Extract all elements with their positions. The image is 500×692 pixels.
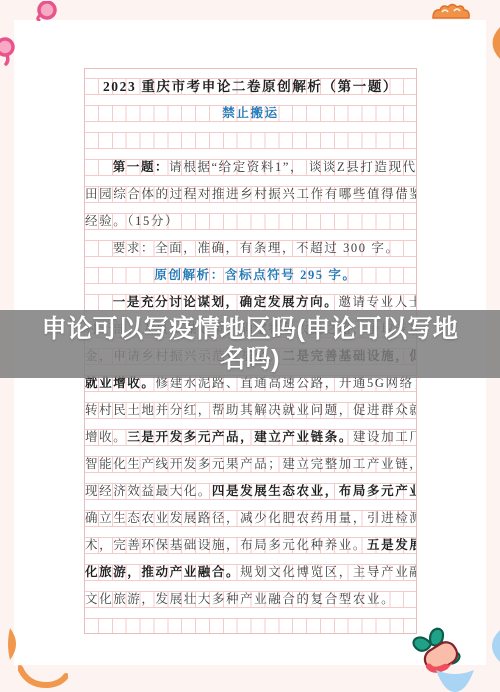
paper-line: 智能化生产线开发多元果产品；建立完整加工产业链，实 — [85, 456, 416, 473]
paper-line: 经验。（15分） — [85, 213, 416, 230]
orange-smile-icon — [18, 664, 68, 690]
paper-text-segment: 确立生态农业发展路径，减少化肥农药用量，引进检测技 — [85, 511, 417, 525]
paper-text-segment: 化旅游，推动产业融合。 — [85, 565, 240, 579]
paper-line: 文化旅游，发展壮大多种产业融合的复合型农业。 — [85, 591, 416, 608]
paper-text-segment: 请根据“给定资料1”， 谈谈Z县打造现代 — [169, 160, 417, 174]
paper-line: 2023 重庆市考申论二卷原创解析（第一题） — [85, 78, 416, 95]
paper-line: 术，完善环保基础设施，布局多元化种养业。五是发展文 — [85, 537, 416, 554]
paper-text-segment: 邀请专业人士， — [338, 295, 417, 309]
paper-line: 禁止搬运 — [85, 105, 416, 122]
caption-line-1: 申论可以写疫情地区吗(申论可以写地 — [42, 314, 459, 344]
paper-text-segment: 增收。 — [85, 430, 127, 444]
post-image: 2023 重庆市考申论二卷原创解析（第一题）禁止搬运第一题：请根据“给定资料1”… — [0, 0, 500, 692]
paper-text-segment: 文化旅游，发展壮大多种产业融合的复合型农业。 — [85, 592, 395, 606]
paper-line — [85, 618, 416, 634]
paper-text-segment: 五是发展文 — [367, 538, 417, 552]
paper-text-segment: 第一题： — [113, 160, 169, 174]
paper-text-segment: 一是充分讨论谋划，确定发展方向。 — [113, 295, 339, 309]
orange-cloud-icon — [430, 2, 472, 20]
paper-text-segment: 要求：全面，准确，有条理，不超过 300 字。 — [113, 241, 400, 255]
paper-line: 化旅游，推动产业融合。规划文化博览区，主导产业融合 — [85, 564, 416, 581]
orange-arc-icon — [489, 27, 500, 59]
paper-text-segment: 规划文化博览区，主导产业融合 — [240, 565, 417, 579]
paper-text-segment: 原创解析：含标点符号 295 字。 — [154, 268, 356, 282]
paper-text-segment: 修建水泥路、直通高速公路，开通5G网络；流 — [156, 376, 417, 390]
paper-text-segment: 2023 重庆市考申论二卷原创解析（第一题） — [103, 79, 398, 94]
paper-text-segment: 禁止搬运 — [222, 106, 278, 120]
blue-petal-icon — [436, 670, 474, 692]
paper-text-segment: 智能化生产线开发多元果产品；建立完整加工产业链，实 — [85, 457, 417, 471]
paper-line: 转村民土地并分红，帮助其解决就业问题，促进群众就业 — [85, 402, 416, 419]
paper-text-segment: 建设加工厂， — [353, 430, 417, 444]
paper-line: 原创解析：含标点符号 295 字。 — [85, 267, 416, 284]
paper-text-segment: 三是开发多元产品，建立产业链条。 — [127, 430, 353, 444]
pink-balloon-icon — [0, 36, 19, 66]
paper-line: 第一题：请根据“给定资料1”， 谈谈Z县打造现代 — [85, 159, 416, 176]
paper-text-segment: 田园综合体的过程对推进乡村振兴工作有哪些值得借鉴的 — [85, 187, 417, 201]
caption-line-2: 名吗) — [220, 344, 280, 374]
caption-overlay: 申论可以写疫情地区吗(申论可以写地 名吗) — [0, 310, 500, 378]
paper-text-segment: 现经济效益最大化。 — [85, 484, 212, 498]
paper-text-segment: 经验。（15分） — [85, 214, 179, 228]
pink-balloon-icon — [31, 1, 61, 21]
paper-text-segment: 就业增收。 — [85, 376, 156, 390]
paper-text-segment: 四是发展生态农业，布局多元产业。 — [212, 484, 417, 498]
paper-text-segment: 转村民土地并分红，帮助其解决就业问题，促进群众就业 — [85, 403, 417, 417]
paper-line: 一是充分讨论谋划，确定发展方向。邀请专业人士， — [85, 294, 416, 311]
paper-line: 要求：全面，准确，有条理，不超过 300 字。 — [85, 240, 416, 257]
blue-petal-icon — [488, 630, 500, 662]
paper-line: 增收。三是开发多元产品，建立产业链条。建设加工厂， — [85, 429, 416, 446]
paper-line: 田园综合体的过程对推进乡村振兴工作有哪些值得借鉴的 — [85, 186, 416, 203]
paper-text-segment: 术，完善环保基础设施，布局多元化种养业。 — [85, 538, 367, 552]
orange-arc-icon — [6, 628, 21, 660]
paper-line: 现经济效益最大化。四是发展生态农业，布局多元产业。 — [85, 483, 416, 500]
paper-line — [85, 132, 416, 149]
radish-icon — [409, 623, 465, 675]
paper-line: 确立生态农业发展路径，减少化肥农药用量，引进检测技 — [85, 510, 416, 527]
